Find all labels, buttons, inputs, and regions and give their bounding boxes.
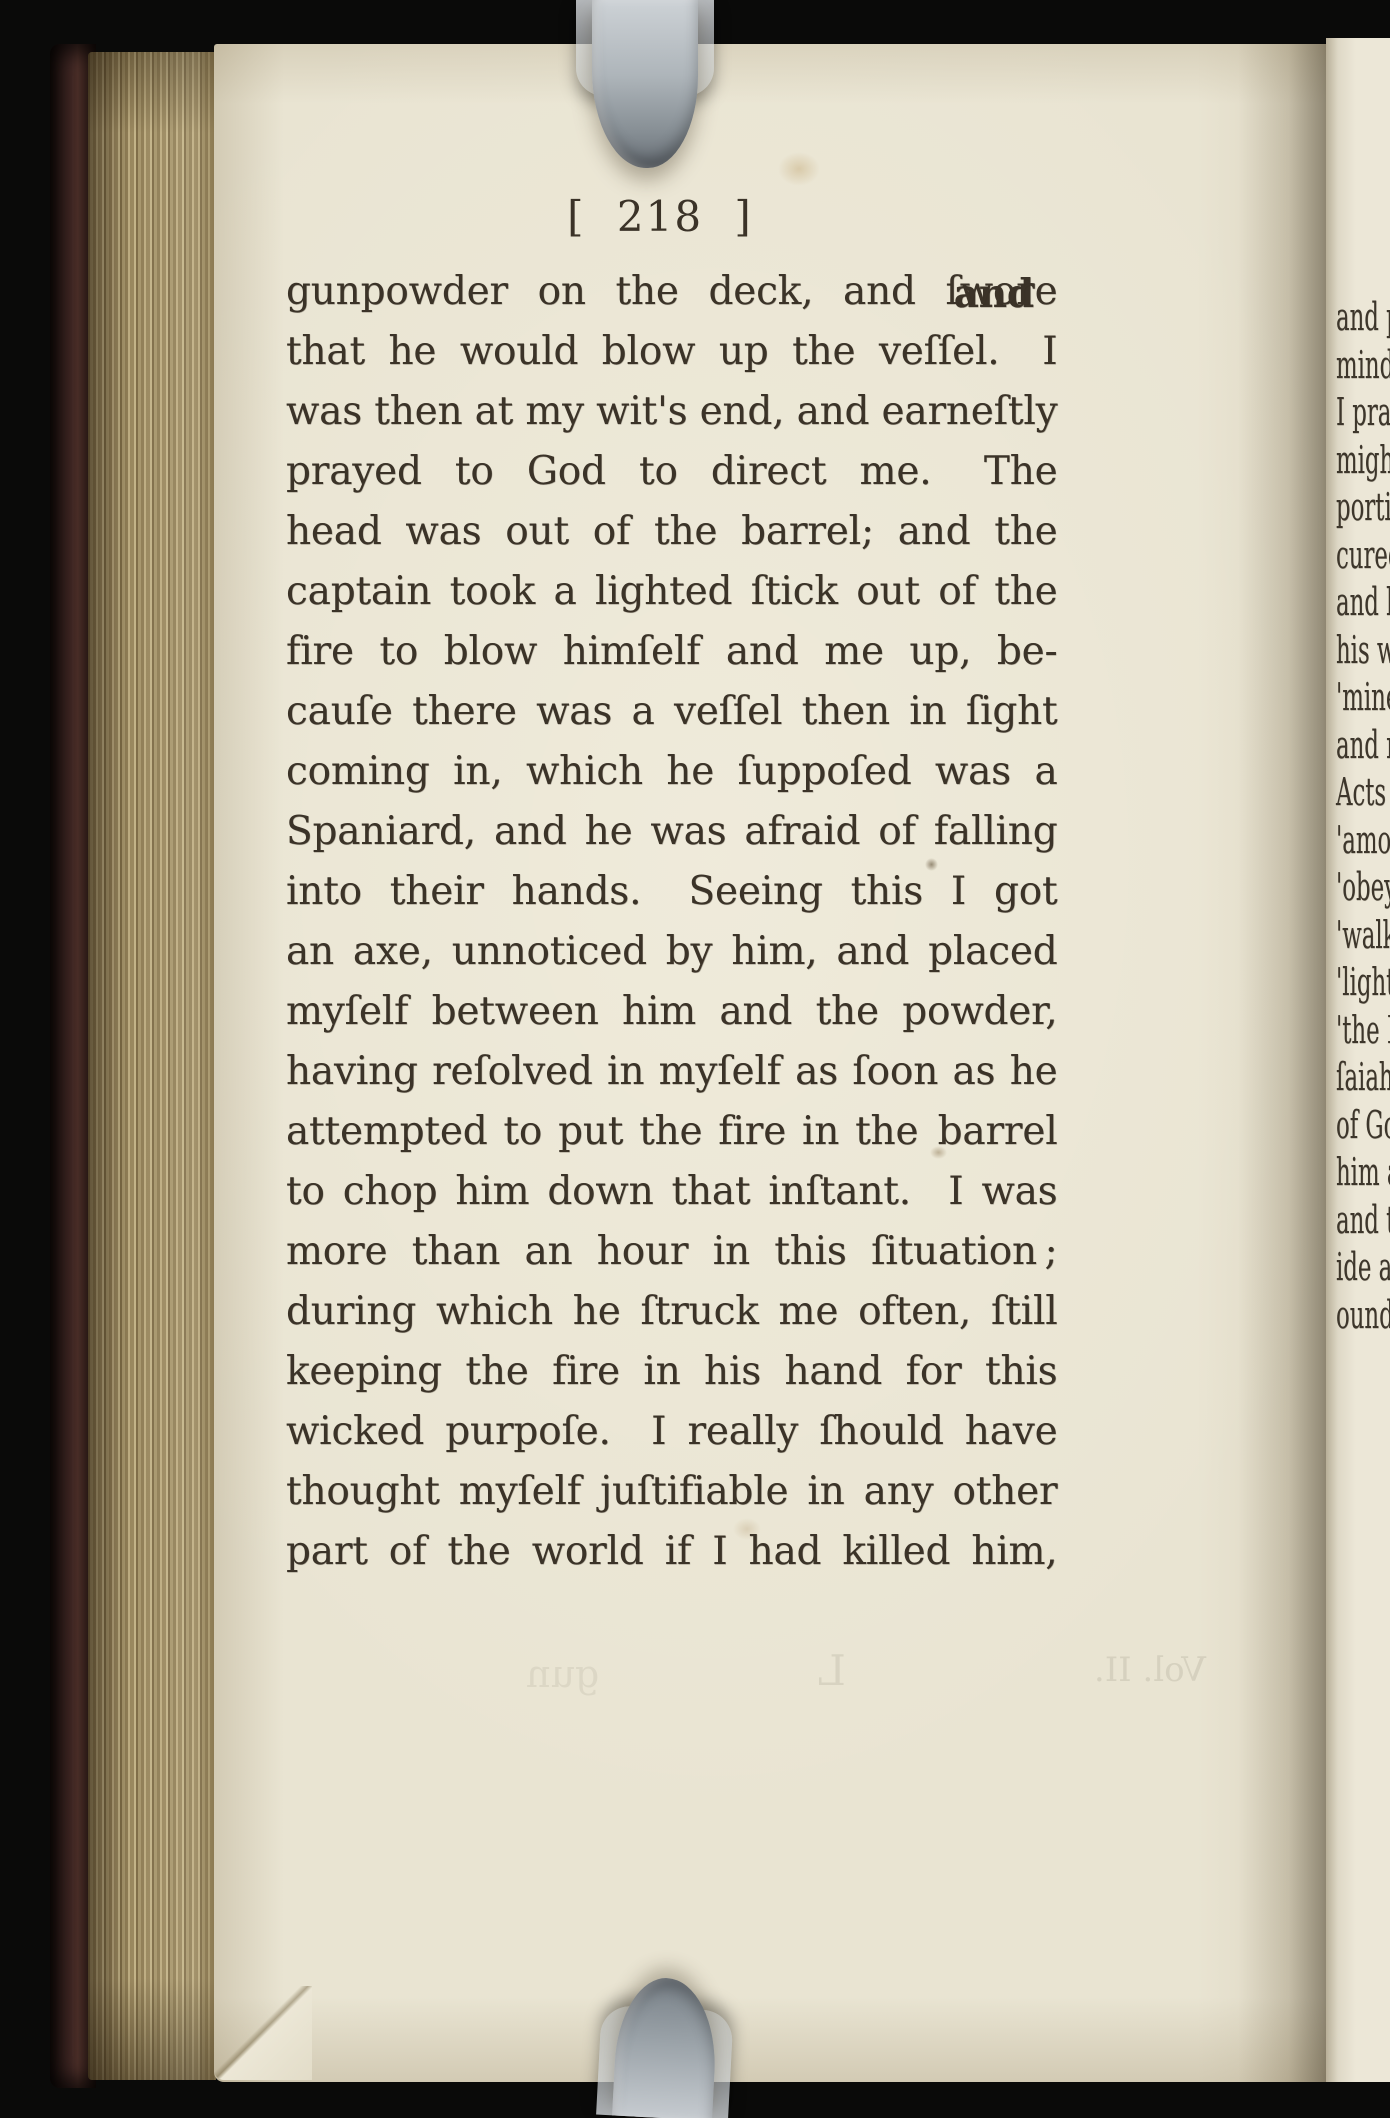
text-line: Spaniard, and he was afraid of falling — [286, 802, 1058, 862]
text-line: gunpowder on the deck, and ſwore — [286, 262, 1058, 322]
text-line: into their hands. Seeing this I got — [286, 862, 1058, 922]
paper-stain — [778, 152, 820, 186]
facing-text-line: ound, — [1336, 1292, 1390, 1340]
facing-text-line: him a p — [1336, 1149, 1390, 1197]
facing-text-line: 'light? — [1336, 959, 1390, 1007]
text-line: captain took a lighted ſtick out of the — [286, 562, 1058, 622]
facing-text-line: ide as — [1336, 1244, 1390, 1292]
facing-text-line: mind — [1336, 342, 1390, 390]
page-corner-fold — [214, 1986, 312, 2080]
facing-text-line: 'among — [1336, 817, 1390, 865]
text-line: more than an hour in this ſituation ; — [286, 1222, 1058, 1282]
page-edge-stack — [88, 52, 216, 2080]
facing-text-line: 'mine — [1336, 674, 1390, 722]
facing-page-edge: and prmindI praymightportioncured tand k… — [1326, 38, 1390, 2082]
text-line: having reſolved in myſelf as ſoon as he — [286, 1042, 1058, 1102]
text-line: wicked purpoſe. I really ſhould have — [286, 1402, 1058, 1462]
facing-text-line: I pray — [1336, 389, 1390, 437]
facing-text-line: ſaiah — [1336, 1054, 1390, 1102]
gutter-shadow — [1238, 44, 1330, 2082]
text-line: head was out of the barrel; and the — [286, 502, 1058, 562]
text-line: that he would blow up the veſſel. I — [286, 322, 1058, 382]
text-line: myſelf between him and the powder, — [286, 982, 1058, 1042]
facing-text-line: 'obeyet — [1336, 864, 1390, 912]
facing-text-line: 'walke — [1336, 912, 1390, 960]
text-line: an axe, unnoticed by him, and placed — [286, 922, 1058, 982]
text-line: during which he ſtruck me often, ſtill — [286, 1282, 1058, 1342]
text-line: was then at my wit's end, and earneſtly — [286, 382, 1058, 442]
facing-text-line: of God — [1336, 1102, 1390, 1150]
facing-text-line: might — [1336, 437, 1390, 485]
text-line: attempted to put the fire in the barrel — [286, 1102, 1058, 1162]
facing-text-line: 'the L — [1336, 1007, 1390, 1055]
text-line: thought myſelf juſtifiable in any other — [286, 1462, 1058, 1522]
facing-text-line: Acts xv — [1336, 769, 1390, 817]
facing-text-line: cured t — [1336, 532, 1390, 580]
facing-text-line: and pr — [1336, 294, 1390, 342]
page-text: gunpowder on the deck, and ſworethat he … — [286, 262, 1034, 324]
facing-text-line: portion — [1336, 484, 1390, 532]
text-line: fire to blow himſelf and me up, be- — [286, 622, 1058, 682]
text-line: cauſe there was a veſſel then in ſight — [286, 682, 1058, 742]
book-photo: [ 218 ] gunpowder on the deck, and ſwore… — [0, 0, 1390, 2118]
facing-text-line: and ke — [1336, 579, 1390, 627]
text-line: coming in, which he ſuppoſed was a — [286, 742, 1058, 802]
facing-text-line: his w — [1336, 627, 1390, 675]
text-line: to chop him down that inſtant. I was — [286, 1162, 1058, 1222]
facing-text-line: and r — [1336, 722, 1390, 770]
facing-text-line: and the — [1336, 1197, 1390, 1245]
text-line: prayed to God to direct me. The — [286, 442, 1058, 502]
text-line: part of the world if I had killed him, — [286, 1522, 1058, 1582]
text-line: keeping the fire in his hand for this — [286, 1342, 1058, 1402]
page-number: [ 218 ] — [286, 192, 1034, 241]
